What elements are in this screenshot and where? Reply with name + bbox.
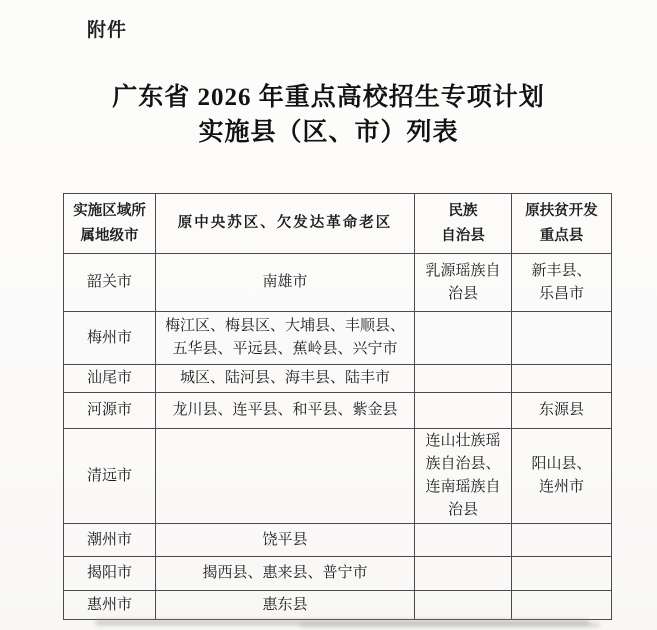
cell-city: 惠州市 [64,591,156,620]
header-cell-city: 实施区域所 属地级市 [64,194,156,254]
cell-poverty-key-county [512,524,612,557]
document-page: 附件 广东省 2026 年重点高校招生专项计划 实施县（区、市）列表 实施区域所… [0,0,657,630]
cell-old-revolutionary-area: 揭西县、惠来县、普宁市 [156,557,415,591]
cell-old-revolutionary-area: 惠东县 [156,591,415,620]
cell-city: 河源市 [64,393,156,429]
cell-ethnic-autonomous-county [415,365,512,393]
header-cell-old-revolutionary-area: 原中央苏区、欠发达革命老区 [156,194,415,254]
table-row: 河源市 龙川县、连平县、和平县、紫金县 东源县 [64,393,612,429]
attachment-label: 附件 [87,15,127,42]
table-row: 韶关市 南雄市 乳源瑶族自 治县 新丰县、 乐昌市 [64,254,612,312]
cell-poverty-key-county [512,591,612,620]
table-header-row: 实施区域所 属地级市 原中央苏区、欠发达革命老区 民族 自治县 原扶贫开发 重点… [64,194,612,254]
cell-old-revolutionary-area: 龙川县、连平县、和平县、紫金县 [156,393,415,429]
header-cell-ethnic-autonomous-county: 民族 自治县 [415,194,512,254]
table-row: 惠州市 惠东县 [64,591,612,620]
cell-poverty-key-county: 东源县 [512,393,612,429]
table-row: 梅州市 梅江区、梅县区、大埔县、丰顺县、 五华县、平远县、蕉岭县、兴宁市 [64,312,612,365]
cell-city: 汕尾市 [64,365,156,393]
cell-poverty-key-county [512,365,612,393]
cell-poverty-key-county [512,312,612,365]
header-cell-poverty-key-county: 原扶贫开发 重点县 [512,194,612,254]
cell-poverty-key-county [512,557,612,591]
cell-poverty-key-county: 新丰县、 乐昌市 [512,254,612,312]
cell-city: 潮州市 [64,524,156,557]
regions-table: 实施区域所 属地级市 原中央苏区、欠发达革命老区 民族 自治县 原扶贫开发 重点… [63,193,612,620]
cell-old-revolutionary-area: 饶平县 [156,524,415,557]
cell-city: 揭阳市 [64,557,156,591]
cell-old-revolutionary-area: 南雄市 [156,254,415,312]
cell-old-revolutionary-area: 梅江区、梅县区、大埔县、丰顺县、 五华县、平远县、蕉岭县、兴宁市 [156,312,415,365]
cell-poverty-key-county: 阳山县、 连州市 [512,429,612,524]
table-row: 清远市 连山壮族瑶 族自治县、 连南瑶族自 治县 阳山县、 连州市 [64,429,612,524]
cell-old-revolutionary-area [156,429,415,524]
document-title-line1: 广东省 2026 年重点高校招生专项计划 [0,80,657,115]
cell-city: 韶关市 [64,254,156,312]
cell-ethnic-autonomous-county [415,557,512,591]
table-row: 汕尾市 城区、陆河县、海丰县、陆丰市 [64,365,612,393]
cell-ethnic-autonomous-county: 乳源瑶族自 治县 [415,254,512,312]
cell-city: 清远市 [64,429,156,524]
document-title: 广东省 2026 年重点高校招生专项计划 实施县（区、市）列表 [0,80,657,150]
cell-ethnic-autonomous-county: 连山壮族瑶 族自治县、 连南瑶族自 治县 [415,429,512,524]
cell-ethnic-autonomous-county [415,524,512,557]
cell-ethnic-autonomous-county [415,393,512,429]
cell-ethnic-autonomous-county [415,312,512,365]
document-title-line2: 实施县（区、市）列表 [0,115,657,150]
cell-ethnic-autonomous-county [415,591,512,620]
scan-artifact-smudge [300,623,600,627]
cell-old-revolutionary-area: 城区、陆河县、海丰县、陆丰市 [156,365,415,393]
cell-city: 梅州市 [64,312,156,365]
table-row: 潮州市 饶平县 [64,524,612,557]
table-row: 揭阳市 揭西县、惠来县、普宁市 [64,557,612,591]
